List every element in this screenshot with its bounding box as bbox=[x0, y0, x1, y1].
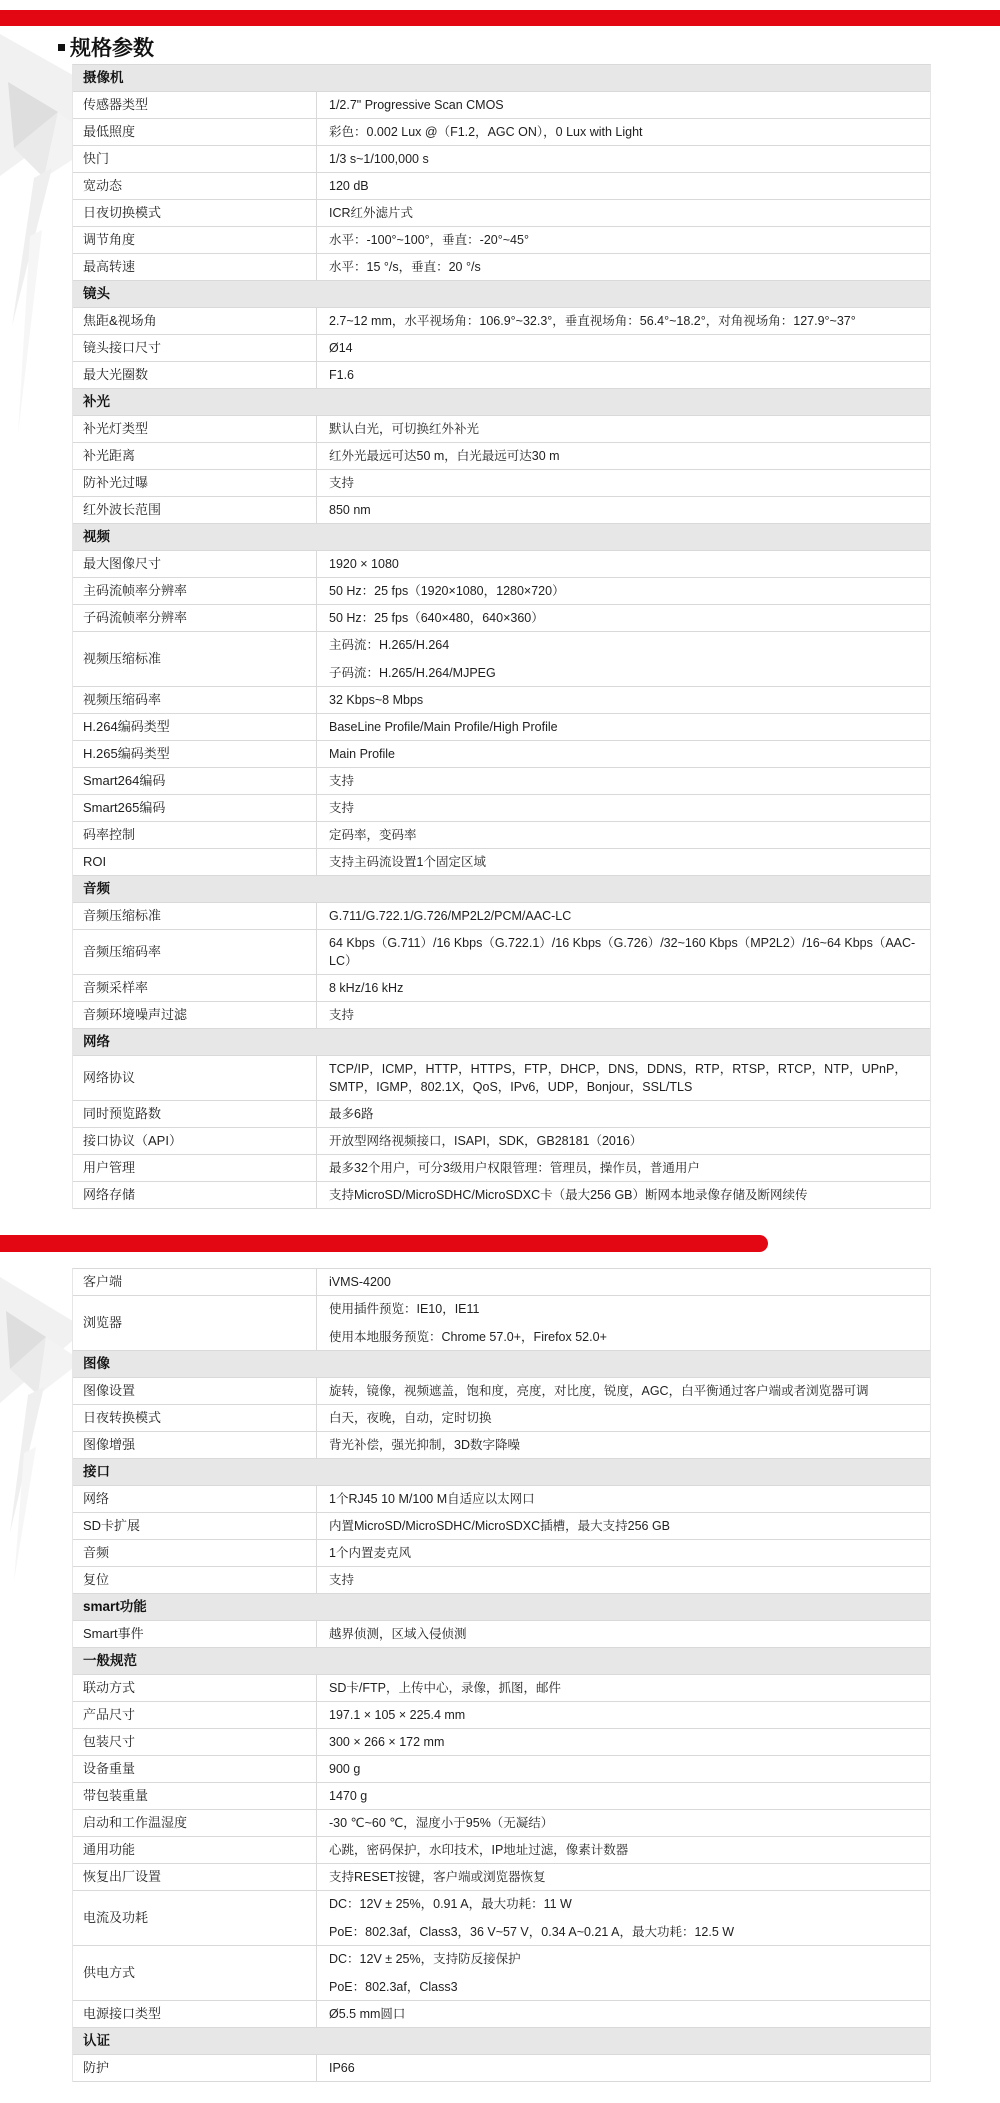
spec-row: 焦距&视场角2.7~12 mm，水平视场角：106.9°~32.3°，垂直视场角… bbox=[73, 308, 930, 335]
spec-label: 图像增强 bbox=[73, 1432, 317, 1458]
spec-sheet-page: 规格参数 摄像机传感器类型1/2.7" Progressive Scan CMO… bbox=[0, 0, 1000, 2103]
spec-value: 支持 bbox=[317, 1567, 930, 1593]
spec-value: 1/2.7" Progressive Scan CMOS bbox=[317, 92, 930, 118]
spec-value: 心跳，密码保护，水印技术，IP地址过滤，像素计数器 bbox=[317, 1837, 930, 1863]
spec-value-line: F1.6 bbox=[329, 366, 918, 384]
spec-row: 用户管理最多32个用户，可分3级用户权限管理：管理员，操作员，普通用户 bbox=[73, 1155, 930, 1182]
spec-value-line: 120 dB bbox=[329, 177, 918, 195]
spec-row: 产品尺寸197.1 × 105 × 225.4 mm bbox=[73, 1702, 930, 1729]
spec-value: 支持 bbox=[317, 470, 930, 496]
spec-row: ROI支持主码流设置1个固定区域 bbox=[73, 849, 930, 876]
section-header: 认证 bbox=[73, 2028, 930, 2055]
spec-value-line: 64 Kbps（G.711）/16 Kbps（G.722.1）/16 Kbps（… bbox=[329, 934, 918, 970]
spec-label: 网络 bbox=[73, 1486, 317, 1512]
spec-value: 1/3 s~1/100,000 s bbox=[317, 146, 930, 172]
spec-value-line: 支持 bbox=[329, 474, 918, 492]
spec-label: 子码流帧率分辨率 bbox=[73, 605, 317, 631]
spec-value: 850 nm bbox=[317, 497, 930, 523]
spec-value: SD卡/FTP，上传中心，录像，抓图，邮件 bbox=[317, 1675, 930, 1701]
spec-row: 同时预览路数最多6路 bbox=[73, 1101, 930, 1128]
spec-label: 带包装重量 bbox=[73, 1783, 317, 1809]
spec-value-line: IP66 bbox=[329, 2059, 918, 2077]
spec-value: 支持 bbox=[317, 768, 930, 794]
spec-value: 50 Hz：25 fps（1920×1080，1280×720） bbox=[317, 578, 930, 604]
spec-label: 供电方式 bbox=[73, 1946, 317, 2000]
spec-row: Smart265编码支持 bbox=[73, 795, 930, 822]
spec-label: 音频环境噪声过滤 bbox=[73, 1002, 317, 1028]
spec-value-line: 1920 × 1080 bbox=[329, 555, 918, 573]
spec-row: 网络存储支持MicroSD/MicroSDHC/MicroSDXC卡（最大256… bbox=[73, 1182, 930, 1209]
spec-row: 图像增强背光补偿，强光抑制，3D数字降噪 bbox=[73, 1432, 930, 1459]
spec-row: SD卡扩展内置MicroSD/MicroSDHC/MicroSDXC插槽，最大支… bbox=[73, 1513, 930, 1540]
spec-row: 电流及功耗DC：12V ± 25%，0.91 A，最大功耗：11 WPoE：80… bbox=[73, 1891, 930, 1946]
section-header: 接口 bbox=[73, 1459, 930, 1486]
spec-label: Smart265编码 bbox=[73, 795, 317, 821]
spec-value: TCP/IP，ICMP，HTTP，HTTPS，FTP，DHCP，DNS，DDNS… bbox=[317, 1056, 930, 1100]
spec-label: 浏览器 bbox=[73, 1296, 317, 1350]
spec-value: G.711/G.722.1/G.726/MP2L2/PCM/AAC-LC bbox=[317, 903, 930, 929]
spec-label: 网络存储 bbox=[73, 1182, 317, 1208]
spec-label: 音频采样率 bbox=[73, 975, 317, 1001]
spec-value: Main Profile bbox=[317, 741, 930, 767]
spec-label: 日夜转换模式 bbox=[73, 1405, 317, 1431]
spec-label: 最高转速 bbox=[73, 254, 317, 280]
page-title: 规格参数 bbox=[70, 32, 154, 62]
spec-row: 补光灯类型默认白光，可切换红外补光 bbox=[73, 416, 930, 443]
spec-label: 电源接口类型 bbox=[73, 2001, 317, 2027]
spec-value: 开放型网络视频接口，ISAPI，SDK，GB28181（2016） bbox=[317, 1128, 930, 1154]
spec-row: 音频1个内置麦克风 bbox=[73, 1540, 930, 1567]
spec-row: 视频压缩标准主码流：H.265/H.264子码流：H.265/H.264/MJP… bbox=[73, 632, 930, 687]
spec-value: 旋转，镜像，视频遮盖，饱和度，亮度，对比度，锐度，AGC，白平衡通过客户端或者浏… bbox=[317, 1378, 930, 1404]
spec-value: 64 Kbps（G.711）/16 Kbps（G.722.1）/16 Kbps（… bbox=[317, 930, 930, 974]
spec-value: 支持MicroSD/MicroSDHC/MicroSDXC卡（最大256 GB）… bbox=[317, 1182, 930, 1208]
spec-value: 主码流：H.265/H.264子码流：H.265/H.264/MJPEG bbox=[317, 632, 930, 686]
spec-row: 红外波长范围850 nm bbox=[73, 497, 930, 524]
spec-value: 8 kHz/16 kHz bbox=[317, 975, 930, 1001]
spec-label: 防护 bbox=[73, 2055, 317, 2081]
spec-value-line: 1个内置麦克风 bbox=[329, 1544, 918, 1562]
spec-label: 最低照度 bbox=[73, 119, 317, 145]
section-header: 镜头 bbox=[73, 281, 930, 308]
spec-label: 码率控制 bbox=[73, 822, 317, 848]
spec-label: 镜头接口尺寸 bbox=[73, 335, 317, 361]
spec-label: H.265编码类型 bbox=[73, 741, 317, 767]
spec-label: 客户端 bbox=[73, 1269, 317, 1295]
spec-value-line: 支持 bbox=[329, 1006, 918, 1024]
spec-label: 用户管理 bbox=[73, 1155, 317, 1181]
spec-row: 浏览器使用插件预览：IE10，IE11使用本地服务预览：Chrome 57.0+… bbox=[73, 1296, 930, 1351]
spec-row: H.264编码类型BaseLine Profile/Main Profile/H… bbox=[73, 714, 930, 741]
spec-value: 水平：-100°~100°，垂直：-20°~45° bbox=[317, 227, 930, 253]
spec-row: 最低照度彩色：0.002 Lux @（F1.2，AGC ON），0 Lux wi… bbox=[73, 119, 930, 146]
spec-value: 1470 g bbox=[317, 1783, 930, 1809]
spec-label: 图像设置 bbox=[73, 1378, 317, 1404]
spec-row: 子码流帧率分辨率50 Hz：25 fps（640×480，640×360） bbox=[73, 605, 930, 632]
spec-label: 启动和工作温湿度 bbox=[73, 1810, 317, 1836]
spec-label: 联动方式 bbox=[73, 1675, 317, 1701]
spec-value-line: 旋转，镜像，视频遮盖，饱和度，亮度，对比度，锐度，AGC，白平衡通过客户端或者浏… bbox=[329, 1382, 918, 1400]
spec-value: 背光补偿，强光抑制，3D数字降噪 bbox=[317, 1432, 930, 1458]
spec-value-line: 50 Hz：25 fps（1920×1080，1280×720） bbox=[329, 582, 918, 600]
section-header: 摄像机 bbox=[73, 65, 930, 92]
spec-value: 支持 bbox=[317, 795, 930, 821]
spec-row: 快门1/3 s~1/100,000 s bbox=[73, 146, 930, 173]
spec-label: 设备重量 bbox=[73, 1756, 317, 1782]
spec-value-line: 支持MicroSD/MicroSDHC/MicroSDXC卡（最大256 GB）… bbox=[329, 1186, 918, 1204]
spec-label: Smart264编码 bbox=[73, 768, 317, 794]
spec-value: 120 dB bbox=[317, 173, 930, 199]
spec-row: 音频环境噪声过滤支持 bbox=[73, 1002, 930, 1029]
spec-value-line: BaseLine Profile/Main Profile/High Profi… bbox=[329, 718, 918, 736]
spec-value-line: 红外光最远可达50 m，白光最远可达30 m bbox=[329, 447, 918, 465]
spec-value-line: 2.7~12 mm，水平视场角：106.9°~32.3°，垂直视场角：56.4°… bbox=[329, 312, 918, 330]
spec-value: 支持RESET按键，客户端或浏览器恢复 bbox=[317, 1864, 930, 1890]
spec-row: 网络协议TCP/IP，ICMP，HTTP，HTTPS，FTP，DHCP，DNS，… bbox=[73, 1056, 930, 1101]
spec-label: ROI bbox=[73, 849, 317, 875]
spec-value: 最多32个用户，可分3级用户权限管理：管理员，操作员，普通用户 bbox=[317, 1155, 930, 1181]
spec-table-1: 摄像机传感器类型1/2.7" Progressive Scan CMOS最低照度… bbox=[72, 64, 931, 1209]
spec-row: 防补光过曝支持 bbox=[73, 470, 930, 497]
spec-value-line: 心跳，密码保护，水印技术，IP地址过滤，像素计数器 bbox=[329, 1841, 918, 1859]
spec-value: 彩色：0.002 Lux @（F1.2，AGC ON），0 Lux with L… bbox=[317, 119, 930, 145]
spec-label: 传感器类型 bbox=[73, 92, 317, 118]
spec-label: H.264编码类型 bbox=[73, 714, 317, 740]
spec-value: 最多6路 bbox=[317, 1101, 930, 1127]
spec-value: DC：12V ± 25%，支持防反接保护PoE：802.3af，Class3 bbox=[317, 1946, 930, 2000]
spec-table-2: 客户端iVMS-4200浏览器使用插件预览：IE10，IE11使用本地服务预览：… bbox=[72, 1268, 931, 2082]
spec-value-line: DC：12V ± 25%，0.91 A，最大功耗：11 W bbox=[329, 1895, 918, 1913]
spec-value-line: 300 × 266 × 172 mm bbox=[329, 1733, 918, 1751]
spec-row: 接口协议（API）开放型网络视频接口，ISAPI，SDK，GB28181（201… bbox=[73, 1128, 930, 1155]
spec-value-line: 内置MicroSD/MicroSDHC/MicroSDXC插槽，最大支持256 … bbox=[329, 1517, 918, 1535]
spec-row: 补光距离红外光最远可达50 m，白光最远可达30 m bbox=[73, 443, 930, 470]
spec-value: 支持 bbox=[317, 1002, 930, 1028]
spec-row: 复位支持 bbox=[73, 1567, 930, 1594]
section-header: 视频 bbox=[73, 524, 930, 551]
spec-label: 音频压缩码率 bbox=[73, 930, 317, 974]
section-header: 音频 bbox=[73, 876, 930, 903]
spec-value: Ø14 bbox=[317, 335, 930, 361]
spec-row: 音频压缩标准G.711/G.722.1/G.726/MP2L2/PCM/AAC-… bbox=[73, 903, 930, 930]
spec-value: IP66 bbox=[317, 2055, 930, 2081]
spec-label: 接口协议（API） bbox=[73, 1128, 317, 1154]
spec-value-line: 白天，夜晚，自动，定时切换 bbox=[329, 1409, 918, 1427]
spec-value-line: 1/3 s~1/100,000 s bbox=[329, 150, 918, 168]
spec-label: 视频压缩码率 bbox=[73, 687, 317, 713]
spec-value: 197.1 × 105 × 225.4 mm bbox=[317, 1702, 930, 1728]
spec-value-line: PoE：802.3af，Class3，36 V~57 V，0.34 A~0.21… bbox=[329, 1923, 918, 1941]
spec-value-line: 850 nm bbox=[329, 501, 918, 519]
spec-row: 网络1个RJ45 10 M/100 M自适应以太网口 bbox=[73, 1486, 930, 1513]
spec-row: 镜头接口尺寸Ø14 bbox=[73, 335, 930, 362]
spec-label: 快门 bbox=[73, 146, 317, 172]
spec-label: 音频压缩标准 bbox=[73, 903, 317, 929]
spec-value-line: Ø5.5 mm圆口 bbox=[329, 2005, 918, 2023]
spec-value-line: 最多6路 bbox=[329, 1105, 918, 1123]
spec-value: 32 Kbps~8 Mbps bbox=[317, 687, 930, 713]
spec-value-line: ICR红外滤片式 bbox=[329, 204, 918, 222]
spec-row: 日夜切换模式ICR红外滤片式 bbox=[73, 200, 930, 227]
spec-row: 音频采样率8 kHz/16 kHz bbox=[73, 975, 930, 1002]
spec-label: 最大图像尺寸 bbox=[73, 551, 317, 577]
spec-value: 内置MicroSD/MicroSDHC/MicroSDXC插槽，最大支持256 … bbox=[317, 1513, 930, 1539]
spec-label: 补光距离 bbox=[73, 443, 317, 469]
spec-label: 调节角度 bbox=[73, 227, 317, 253]
spec-label: 最大光圈数 bbox=[73, 362, 317, 388]
spec-label: 电流及功耗 bbox=[73, 1891, 317, 1945]
spec-value-line: 900 g bbox=[329, 1760, 918, 1778]
section-header: 网络 bbox=[73, 1029, 930, 1056]
spec-value-line: Main Profile bbox=[329, 745, 918, 763]
spec-value: ICR红外滤片式 bbox=[317, 200, 930, 226]
spec-value-line: 8 kHz/16 kHz bbox=[329, 979, 918, 997]
spec-row: Smart264编码支持 bbox=[73, 768, 930, 795]
spec-value: 白天，夜晚，自动，定时切换 bbox=[317, 1405, 930, 1431]
section-header: 图像 bbox=[73, 1351, 930, 1378]
spec-value-line: 越界侦测，区域入侵侦测 bbox=[329, 1625, 918, 1643]
spec-label: 日夜切换模式 bbox=[73, 200, 317, 226]
spec-row: 包装尺寸300 × 266 × 172 mm bbox=[73, 1729, 930, 1756]
spec-row: H.265编码类型Main Profile bbox=[73, 741, 930, 768]
spec-value: 红外光最远可达50 m，白光最远可达30 m bbox=[317, 443, 930, 469]
spec-row: 恢复出厂设置支持RESET按键，客户端或浏览器恢复 bbox=[73, 1864, 930, 1891]
page-title-block: 规格参数 bbox=[58, 32, 154, 62]
spec-label: 防补光过曝 bbox=[73, 470, 317, 496]
spec-value: 1个RJ45 10 M/100 M自适应以太网口 bbox=[317, 1486, 930, 1512]
spec-label: 宽动态 bbox=[73, 173, 317, 199]
spec-value: BaseLine Profile/Main Profile/High Profi… bbox=[317, 714, 930, 740]
spec-value-line: 1470 g bbox=[329, 1787, 918, 1805]
spec-value-line: 水平：15 °/s，垂直：20 °/s bbox=[329, 258, 918, 276]
spec-row: 设备重量900 g bbox=[73, 1756, 930, 1783]
spec-label: 通用功能 bbox=[73, 1837, 317, 1863]
section-header: smart功能 bbox=[73, 1594, 930, 1621]
spec-row: 宽动态120 dB bbox=[73, 173, 930, 200]
spec-value: 2.7~12 mm，水平视场角：106.9°~32.3°，垂直视场角：56.4°… bbox=[317, 308, 930, 334]
spec-row: 防护IP66 bbox=[73, 2055, 930, 2082]
spec-row: 调节角度水平：-100°~100°，垂直：-20°~45° bbox=[73, 227, 930, 254]
page-divider-red-bar bbox=[0, 1235, 768, 1252]
spec-value: 900 g bbox=[317, 1756, 930, 1782]
spec-row: 码率控制定码率，变码率 bbox=[73, 822, 930, 849]
spec-row: 启动和工作温湿度-30 ℃~60 ℃，湿度小于95%（无凝结） bbox=[73, 1810, 930, 1837]
spec-value-line: 支持 bbox=[329, 799, 918, 817]
spec-row: 最高转速水平：15 °/s，垂直：20 °/s bbox=[73, 254, 930, 281]
spec-value-line: 背光补偿，强光抑制，3D数字降噪 bbox=[329, 1436, 918, 1454]
spec-row: 带包装重量1470 g bbox=[73, 1783, 930, 1810]
spec-value-line: 50 Hz：25 fps（640×480，640×360） bbox=[329, 609, 918, 627]
spec-row: 最大光圈数F1.6 bbox=[73, 362, 930, 389]
spec-row: 供电方式DC：12V ± 25%，支持防反接保护PoE：802.3af，Clas… bbox=[73, 1946, 930, 2001]
spec-value-line: PoE：802.3af，Class3 bbox=[329, 1978, 918, 1996]
spec-value: iVMS-4200 bbox=[317, 1269, 930, 1295]
section-header: 补光 bbox=[73, 389, 930, 416]
spec-label: 包装尺寸 bbox=[73, 1729, 317, 1755]
spec-row: 最大图像尺寸1920 × 1080 bbox=[73, 551, 930, 578]
spec-value-line: 定码率，变码率 bbox=[329, 826, 918, 844]
spec-value-line: 1个RJ45 10 M/100 M自适应以太网口 bbox=[329, 1490, 918, 1508]
spec-row: 电源接口类型Ø5.5 mm圆口 bbox=[73, 2001, 930, 2028]
spec-label: Smart事件 bbox=[73, 1621, 317, 1647]
spec-value: F1.6 bbox=[317, 362, 930, 388]
spec-value-line: 1/2.7" Progressive Scan CMOS bbox=[329, 96, 918, 114]
spec-row: 主码流帧率分辨率50 Hz：25 fps（1920×1080，1280×720） bbox=[73, 578, 930, 605]
spec-value-line: 最多32个用户，可分3级用户权限管理：管理员，操作员，普通用户 bbox=[329, 1159, 918, 1177]
spec-value: 1个内置麦克风 bbox=[317, 1540, 930, 1566]
spec-row: 图像设置旋转，镜像，视频遮盖，饱和度，亮度，对比度，锐度，AGC，白平衡通过客户… bbox=[73, 1378, 930, 1405]
spec-label: 网络协议 bbox=[73, 1056, 317, 1100]
spec-label: 视频压缩标准 bbox=[73, 632, 317, 686]
spec-value-line: TCP/IP，ICMP，HTTP，HTTPS，FTP，DHCP，DNS，DDNS… bbox=[329, 1060, 918, 1096]
spec-value-line: Ø14 bbox=[329, 339, 918, 357]
spec-value-line: 主码流：H.265/H.264 bbox=[329, 636, 918, 654]
spec-label: 红外波长范围 bbox=[73, 497, 317, 523]
spec-value: 水平：15 °/s，垂直：20 °/s bbox=[317, 254, 930, 280]
spec-value: 支持主码流设置1个固定区域 bbox=[317, 849, 930, 875]
spec-value: 50 Hz：25 fps（640×480，640×360） bbox=[317, 605, 930, 631]
spec-row: 联动方式SD卡/FTP，上传中心，录像，抓图，邮件 bbox=[73, 1675, 930, 1702]
spec-value-line: 子码流：H.265/H.264/MJPEG bbox=[329, 664, 918, 682]
top-red-bar bbox=[0, 10, 1000, 26]
section-header: 一般规范 bbox=[73, 1648, 930, 1675]
spec-value-line: 支持RESET按键，客户端或浏览器恢复 bbox=[329, 1868, 918, 1886]
spec-value: Ø5.5 mm圆口 bbox=[317, 2001, 930, 2027]
spec-label: SD卡扩展 bbox=[73, 1513, 317, 1539]
spec-value-line: -30 ℃~60 ℃，湿度小于95%（无凝结） bbox=[329, 1814, 918, 1832]
spec-value: 越界侦测，区域入侵侦测 bbox=[317, 1621, 930, 1647]
spec-value: 300 × 266 × 172 mm bbox=[317, 1729, 930, 1755]
spec-value-line: 支持 bbox=[329, 1571, 918, 1589]
spec-row: Smart事件越界侦测，区域入侵侦测 bbox=[73, 1621, 930, 1648]
spec-row: 通用功能心跳，密码保护，水印技术，IP地址过滤，像素计数器 bbox=[73, 1837, 930, 1864]
spec-value-line: iVMS-4200 bbox=[329, 1273, 918, 1291]
spec-value: DC：12V ± 25%，0.91 A，最大功耗：11 WPoE：802.3af… bbox=[317, 1891, 930, 1945]
spec-row: 音频压缩码率64 Kbps（G.711）/16 Kbps（G.722.1）/16… bbox=[73, 930, 930, 975]
spec-value-line: 水平：-100°~100°，垂直：-20°~45° bbox=[329, 231, 918, 249]
spec-value-line: 开放型网络视频接口，ISAPI，SDK，GB28181（2016） bbox=[329, 1132, 918, 1150]
spec-value: 默认白光，可切换红外补光 bbox=[317, 416, 930, 442]
spec-value-line: 使用插件预览：IE10，IE11 bbox=[329, 1300, 918, 1318]
spec-value: 定码率，变码率 bbox=[317, 822, 930, 848]
spec-value-line: 197.1 × 105 × 225.4 mm bbox=[329, 1706, 918, 1724]
spec-value: 使用插件预览：IE10，IE11使用本地服务预览：Chrome 57.0+，Fi… bbox=[317, 1296, 930, 1350]
spec-row: 日夜转换模式白天，夜晚，自动，定时切换 bbox=[73, 1405, 930, 1432]
spec-value-line: 32 Kbps~8 Mbps bbox=[329, 691, 918, 709]
spec-value-line: SD卡/FTP，上传中心，录像，抓图，邮件 bbox=[329, 1679, 918, 1697]
spec-value-line: 使用本地服务预览：Chrome 57.0+，Firefox 52.0+ bbox=[329, 1328, 918, 1346]
spec-label: 补光灯类型 bbox=[73, 416, 317, 442]
spec-row: 客户端iVMS-4200 bbox=[73, 1269, 930, 1296]
spec-value-line: 默认白光，可切换红外补光 bbox=[329, 420, 918, 438]
spec-value-line: DC：12V ± 25%，支持防反接保护 bbox=[329, 1950, 918, 1968]
spec-value: 1920 × 1080 bbox=[317, 551, 930, 577]
spec-value-line: 彩色：0.002 Lux @（F1.2，AGC ON），0 Lux with L… bbox=[329, 123, 918, 141]
spec-label: 主码流帧率分辨率 bbox=[73, 578, 317, 604]
spec-value-line: G.711/G.722.1/G.726/MP2L2/PCM/AAC-LC bbox=[329, 907, 918, 925]
title-bullet-icon bbox=[58, 44, 65, 51]
spec-label: 同时预览路数 bbox=[73, 1101, 317, 1127]
spec-label: 音频 bbox=[73, 1540, 317, 1566]
spec-label: 焦距&视场角 bbox=[73, 308, 317, 334]
spec-label: 恢复出厂设置 bbox=[73, 1864, 317, 1890]
spec-value: -30 ℃~60 ℃，湿度小于95%（无凝结） bbox=[317, 1810, 930, 1836]
spec-label: 产品尺寸 bbox=[73, 1702, 317, 1728]
spec-value-line: 支持主码流设置1个固定区域 bbox=[329, 853, 918, 871]
spec-row: 视频压缩码率32 Kbps~8 Mbps bbox=[73, 687, 930, 714]
spec-label: 复位 bbox=[73, 1567, 317, 1593]
spec-row: 传感器类型1/2.7" Progressive Scan CMOS bbox=[73, 92, 930, 119]
spec-value-line: 支持 bbox=[329, 772, 918, 790]
